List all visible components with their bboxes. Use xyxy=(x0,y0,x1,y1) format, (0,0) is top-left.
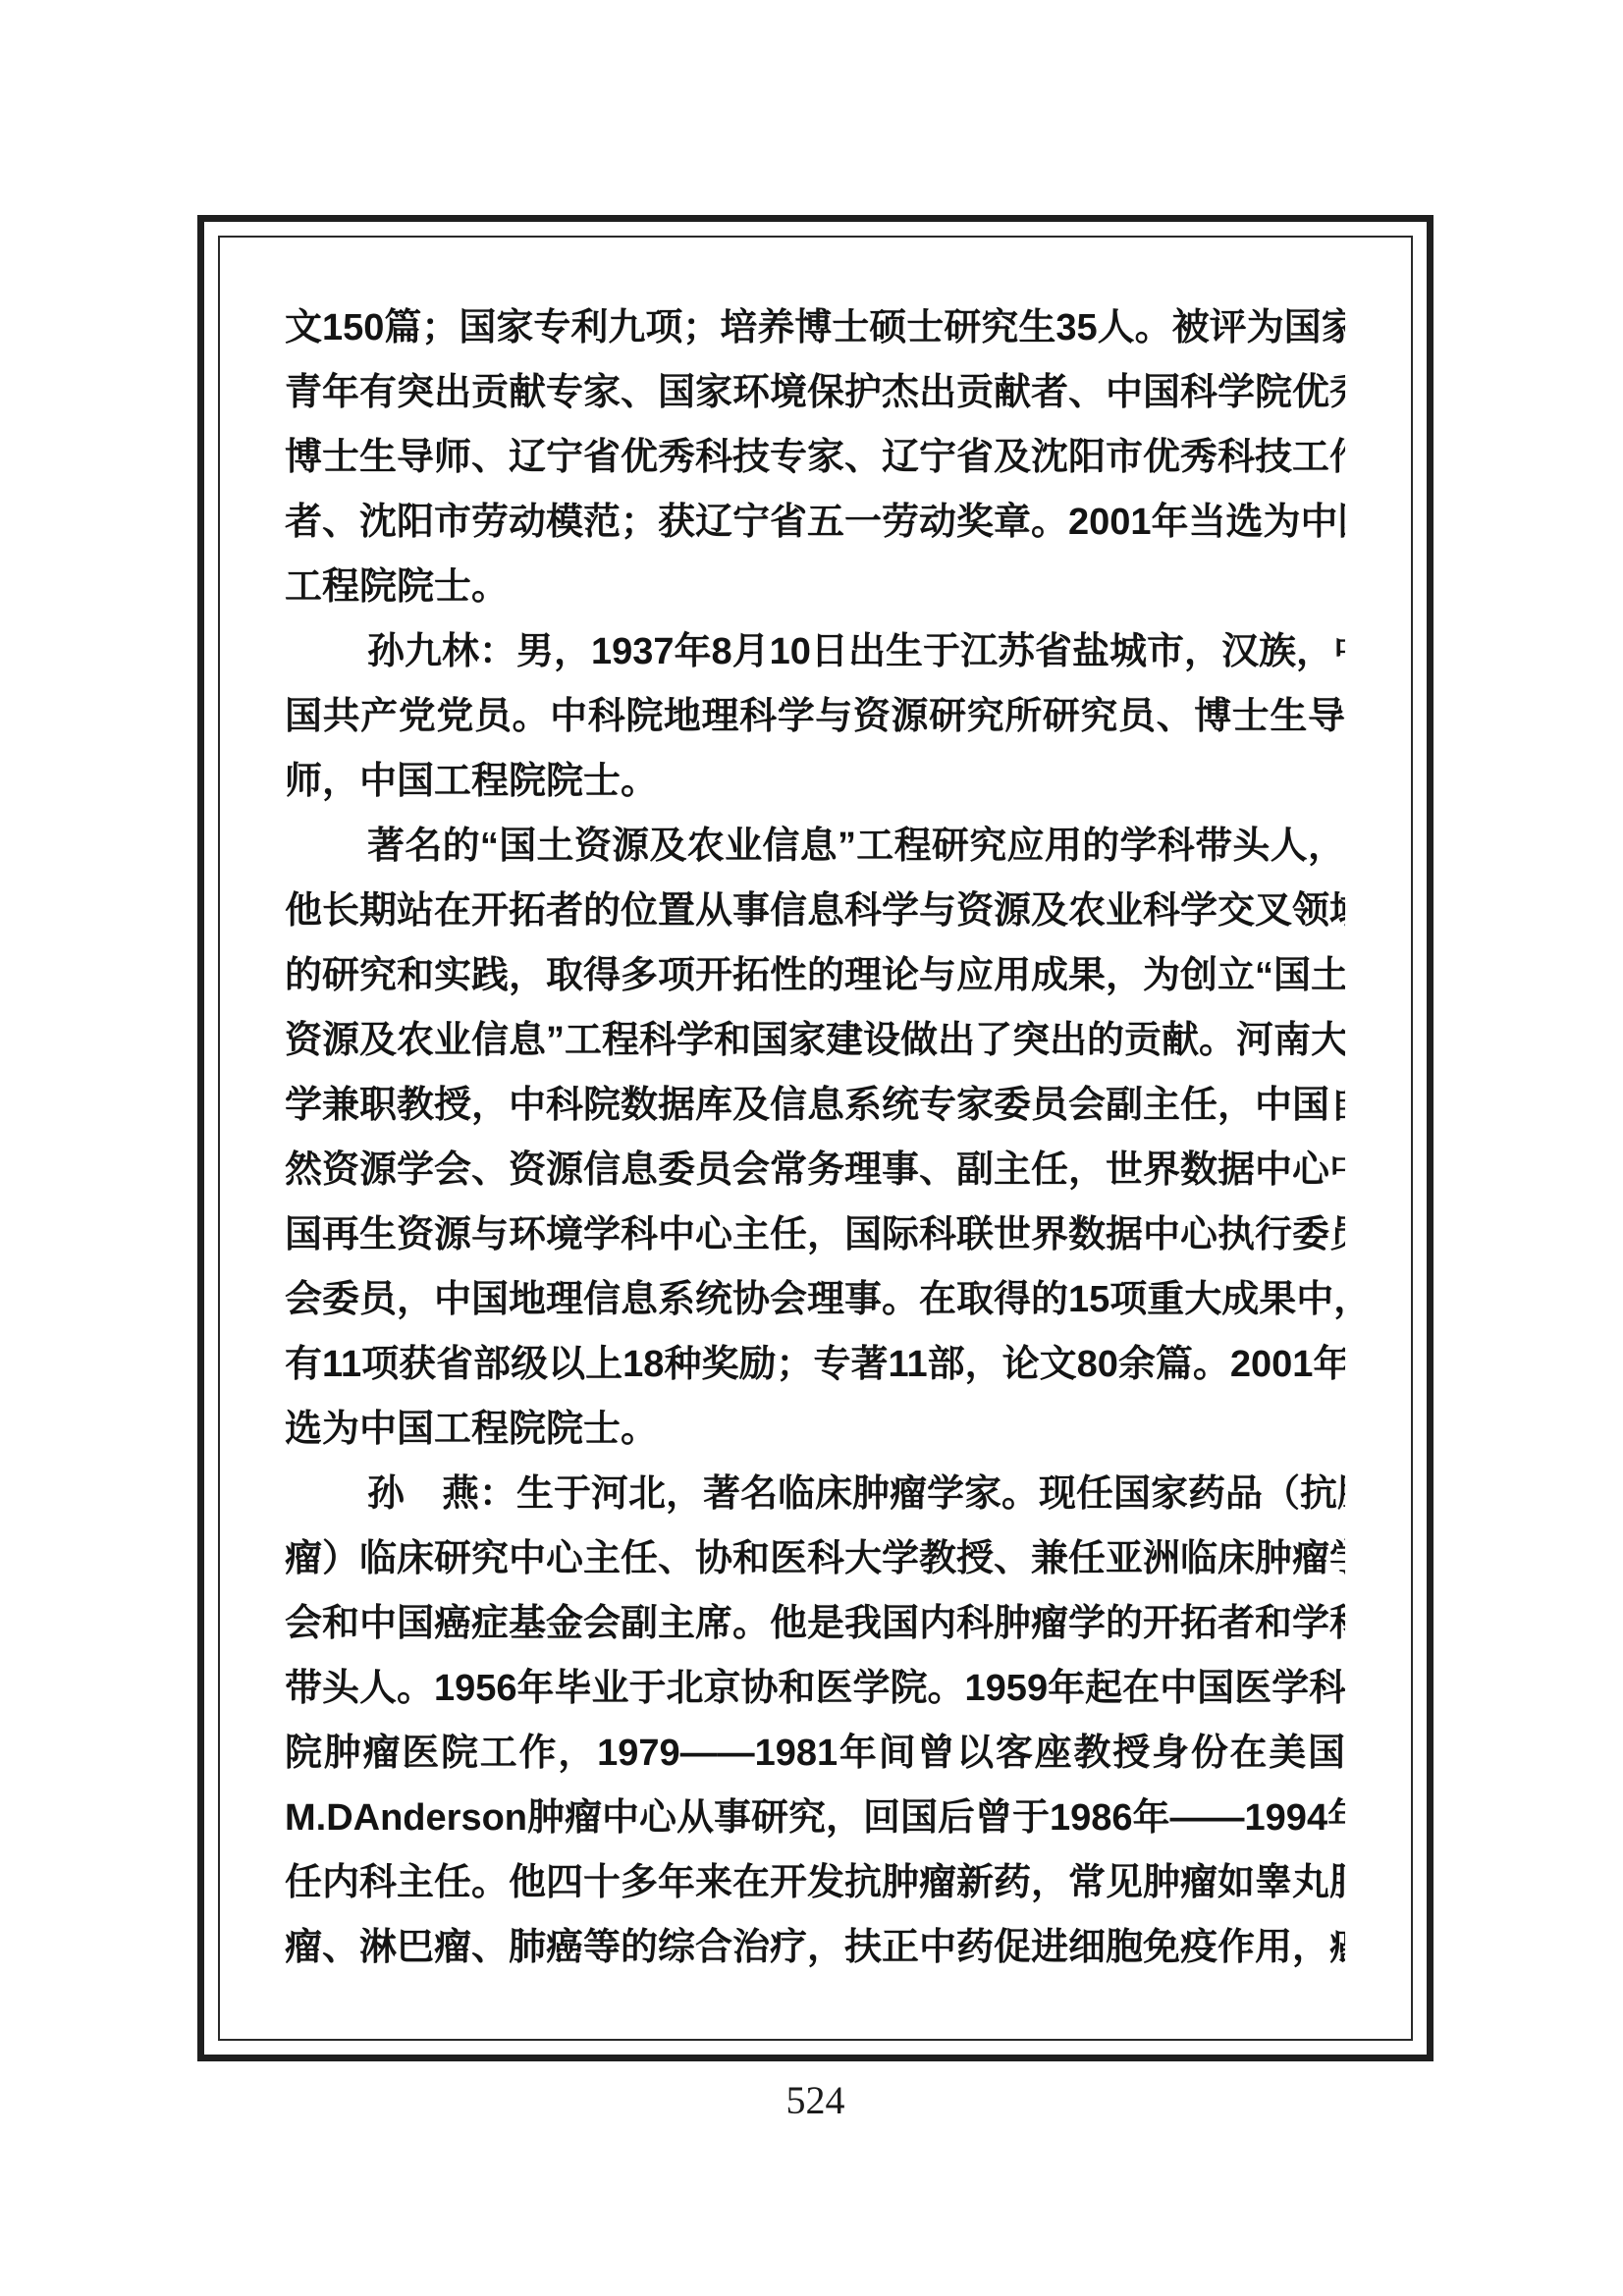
scanned-book-page: 文150篇；国家专利九项；培养博士硕士研究生35人。被评为国家中青年有突出贡献专… xyxy=(0,0,1623,2296)
text-line: 任内科主任。他四十多年来在开发抗肿瘤新药，常见肿瘤如睾丸肿 xyxy=(285,1850,1345,1915)
text-line: 带头人。1956年毕业于北京协和医学院。1959年起在中国医学科学 xyxy=(285,1656,1345,1721)
text-line: 博士生导师、辽宁省优秀科技专家、辽宁省及沈阳市优秀科技工作 xyxy=(285,425,1345,490)
text-line: 文150篇；国家专利九项；培养博士硕士研究生35人。被评为国家中 xyxy=(285,295,1345,360)
text-line: 工程院院士。 xyxy=(285,555,1345,619)
text-line: 国再生资源与环境学科中心主任，国际科联世界数据中心执行委员 xyxy=(285,1202,1345,1267)
text-line: 学兼职教授，中科院数据库及信息系统专家委员会副主任，中国自 xyxy=(285,1073,1345,1138)
text-line: 院肿瘤医院工作，1979——1981年间曾以客座教授身份在美国 xyxy=(285,1721,1345,1786)
body-text: 文150篇；国家专利九项；培养博士硕士研究生35人。被评为国家中青年有突出贡献专… xyxy=(285,295,1345,1980)
text-line: 瘤）临床研究中心主任、协和医科大学教授、兼任亚洲临床肿瘤学 xyxy=(285,1526,1345,1591)
text-line: 国共产党党员。中科院地理科学与资源研究所研究员、博士生导 xyxy=(285,684,1345,749)
text-line: 他长期站在开拓者的位置从事信息科学与资源及农业科学交叉领域 xyxy=(285,879,1345,943)
text-line: 选为中国工程院院士。 xyxy=(285,1397,1345,1462)
text-line: 有11项获省部级以上18种奖励；专著11部，论文80余篇。2001年当 xyxy=(285,1332,1345,1397)
page-number: 524 xyxy=(197,2077,1434,2123)
text-line: 会委员，中国地理信息系统协会理事。在取得的15项重大成果中， xyxy=(285,1267,1345,1332)
text-line: 孙九林：男，1937年8月10日出生于江苏省盐城市，汉族，中 xyxy=(285,619,1345,684)
text-line: 者、沈阳市劳动模范；获辽宁省五一劳动奖章。2001年当选为中国 xyxy=(285,490,1345,555)
text-line: 师，中国工程院院士。 xyxy=(285,749,1345,814)
text-line: 著名的“国土资源及农业信息”工程研究应用的学科带头人， xyxy=(285,814,1345,879)
text-line: 瘤、淋巴瘤、肺癌等的综合治疗，扶正中药促进细胞免疫作用，癌 xyxy=(285,1915,1345,1980)
text-line: 会和中国癌症基金会副主席。他是我国内科肿瘤学的开拓者和学科 xyxy=(285,1591,1345,1656)
text-line: 孙 燕：生于河北，著名临床肿瘤学家。现任国家药品（抗肿 xyxy=(285,1462,1345,1526)
text-line: 的研究和实践，取得多项开拓性的理论与应用成果，为创立“国土 xyxy=(285,943,1345,1008)
text-line: 青年有突出贡献专家、国家环境保护杰出贡献者、中国科学院优秀 xyxy=(285,360,1345,425)
text-line: 然资源学会、资源信息委员会常务理事、副主任，世界数据中心中 xyxy=(285,1138,1345,1202)
text-line: 资源及农业信息”工程科学和国家建设做出了突出的贡献。河南大 xyxy=(285,1008,1345,1073)
text-line: M.DAnderson肿瘤中心从事研究，回国后曾于1986年——1994年间 xyxy=(285,1786,1345,1850)
